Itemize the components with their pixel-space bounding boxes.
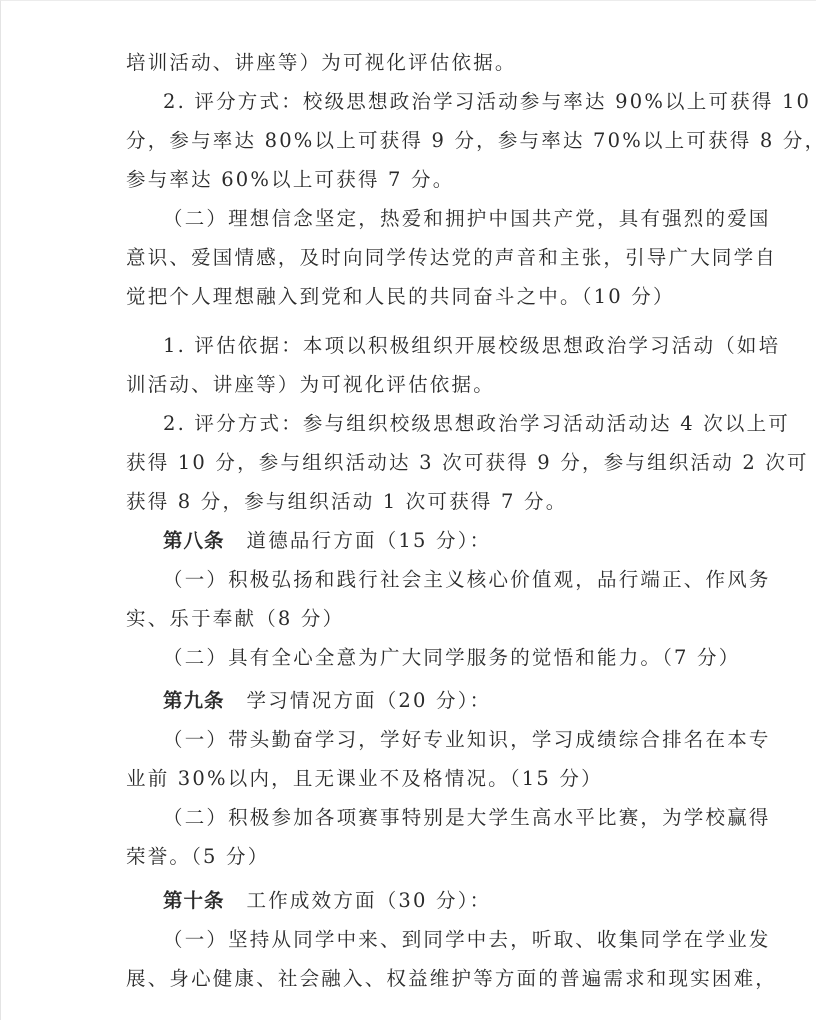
paragraph-line: 2. 评分方式：参与组织校级思想政治学习活动活动达 4 次以上可	[163, 412, 790, 436]
paragraph-line: 2. 评分方式：校级思想政治学习活动参与率达 90%以上可获得 10	[163, 90, 811, 114]
paragraph-line: 培训活动、讲座等）为可视化评估依据。	[126, 51, 517, 75]
paragraph-line: （二）理想信念坚定，热爱和拥护中国共产党，具有强烈的爱国	[163, 207, 771, 231]
article-heading-text: 学习情况方面（20 分）：	[247, 689, 492, 712]
article-heading-9: 第九条学习情况方面（20 分）：	[163, 689, 491, 713]
article-heading-8: 第八条道德品行方面（15 分）：	[163, 529, 491, 553]
paragraph-line: 训活动、讲座等）为可视化评估依据。	[126, 373, 495, 397]
paragraph-line: 参与率达 60%以上可获得 7 分。	[126, 168, 454, 192]
article-number: 第八条	[163, 529, 225, 552]
paragraph-line: 意识、爱国情感，及时向同学传达党的声音和主张，引导广大同学自	[126, 246, 777, 270]
paragraph-line: 获得 8 分，参与组织活动 1 次可获得 7 分。	[126, 490, 567, 514]
paragraph-line: （一）带头勤奋学习，学好专业知识，学习成绩综合排名在本专	[163, 728, 771, 752]
article-heading-text: 道德品行方面（15 分）：	[247, 529, 492, 552]
paragraph-line: （一）积极弘扬和践行社会主义核心价值观，品行端正、作风务	[163, 568, 771, 592]
paragraph-line: （二）具有全心全意为广大同学服务的觉悟和能力。（7 分）	[163, 646, 740, 670]
paragraph-line: 分，参与率达 80%以上可获得 9 分，参与率达 70%以上可获得 8 分，	[126, 129, 816, 153]
paragraph-line: 觉把个人理想融入到党和人民的共同奋斗之中。（10 分）	[126, 285, 675, 309]
article-heading-10: 第十条工作成效方面（30 分）：	[163, 889, 491, 913]
article-number: 第九条	[163, 689, 225, 712]
paragraph-line: 业前 30%以内，且无课业不及格情况。（15 分）	[126, 767, 603, 791]
paragraph-line: 实、乐于奉献（8 分）	[126, 607, 344, 631]
article-heading-text: 工作成效方面（30 分）：	[247, 889, 492, 912]
paragraph-line: （一）坚持从同学中来、到同学中去，听取、收集同学在学业发	[163, 928, 771, 952]
paragraph-line: （二）积极参加各项赛事特别是大学生高水平比赛，为学校赢得	[163, 806, 771, 830]
paragraph-line: 展、身心健康、社会融入、权益维护等方面的普遍需求和现实困难，	[126, 967, 777, 991]
article-number: 第十条	[163, 889, 225, 912]
paragraph-line: 1. 评估依据：本项以积极组织开展校级思想政治学习活动（如培	[163, 334, 780, 358]
paragraph-line: 荣誉。（5 分）	[126, 845, 269, 869]
document-page: 培训活动、讲座等）为可视化评估依据。 2. 评分方式：校级思想政治学习活动参与率…	[0, 0, 816, 1020]
paragraph-line: 获得 10 分，参与组织活动达 3 次可获得 9 分，参与组织活动 2 次可	[126, 451, 809, 475]
